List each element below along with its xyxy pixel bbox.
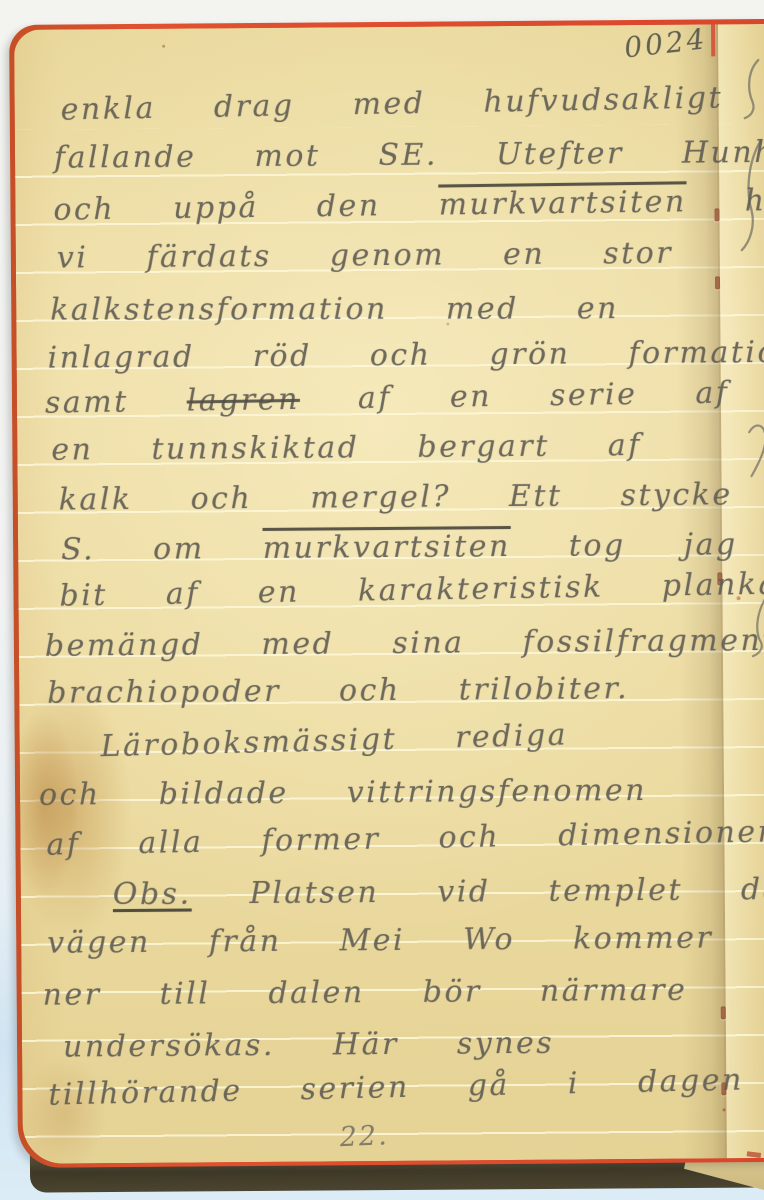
- facing-page-ink-stroke: [745, 418, 764, 480]
- overlined-word: murkvartsiten: [263, 529, 511, 566]
- handwritten-line: en tunnskiktad bergart af: [51, 426, 642, 471]
- handwritten-line: Obs. Platsen vid templet där: [113, 870, 764, 915]
- handwritten-line: vägen från Mei Wo kommer: [47, 918, 713, 963]
- binding-stitch: [715, 276, 720, 289]
- handwritten-line: undersökas. Här synes: [63, 1024, 554, 1068]
- struck-out-word: lagren: [187, 382, 301, 419]
- notebook-page: 0024 enkla drag med hufvudsakligt fallan…: [14, 24, 764, 1164]
- line-text: af en serie af: [300, 376, 730, 417]
- handwritten-line: fallande mot SE. Utefter Hunho: [54, 133, 764, 179]
- handwritten-line: ner till dalen bör närmare: [42, 971, 687, 1016]
- line-text: samt: [45, 384, 187, 421]
- line-text: Platsen vid templet där: [191, 872, 764, 912]
- handwritten-line: och bildade vittringsfenomen: [39, 771, 647, 816]
- line-text: och uppå den: [53, 188, 439, 228]
- page-number-label: 22.: [339, 1120, 389, 1153]
- overlined-word: murkvartsiten: [438, 184, 687, 222]
- handwritten-line: kalkstensformation med en: [50, 289, 619, 330]
- handwritten-line: enkla drag med hufvudsakligt: [60, 78, 723, 130]
- line-text: tog jag en: [511, 526, 764, 564]
- handwritten-line: inlagrad röd och grön formation: [47, 333, 764, 379]
- binding-stitch: [721, 1006, 726, 1019]
- line-text: hafva: [686, 182, 764, 219]
- handwritten-line: brachiopoder och trilobiter.: [47, 669, 629, 714]
- foxing-dot: [162, 45, 165, 48]
- red-edge-mark: [711, 24, 715, 56]
- handwritten-line: vi färdats genom en stor: [57, 234, 674, 279]
- underlined-word: Obs.: [113, 877, 192, 913]
- facing-page-ink-stroke: [740, 58, 764, 120]
- handwritten-line: kalk och mergel? Ett stycke: [59, 475, 733, 520]
- handwritten-line: bemängd med sina fossilfragment,: [45, 621, 764, 667]
- line-text: S. om: [61, 531, 263, 568]
- scanned-notebook-page: 0024 enkla drag med hufvudsakligt fallan…: [0, 0, 764, 1200]
- handwritten-line: S. om murkvartsiten tog jag en: [61, 524, 764, 570]
